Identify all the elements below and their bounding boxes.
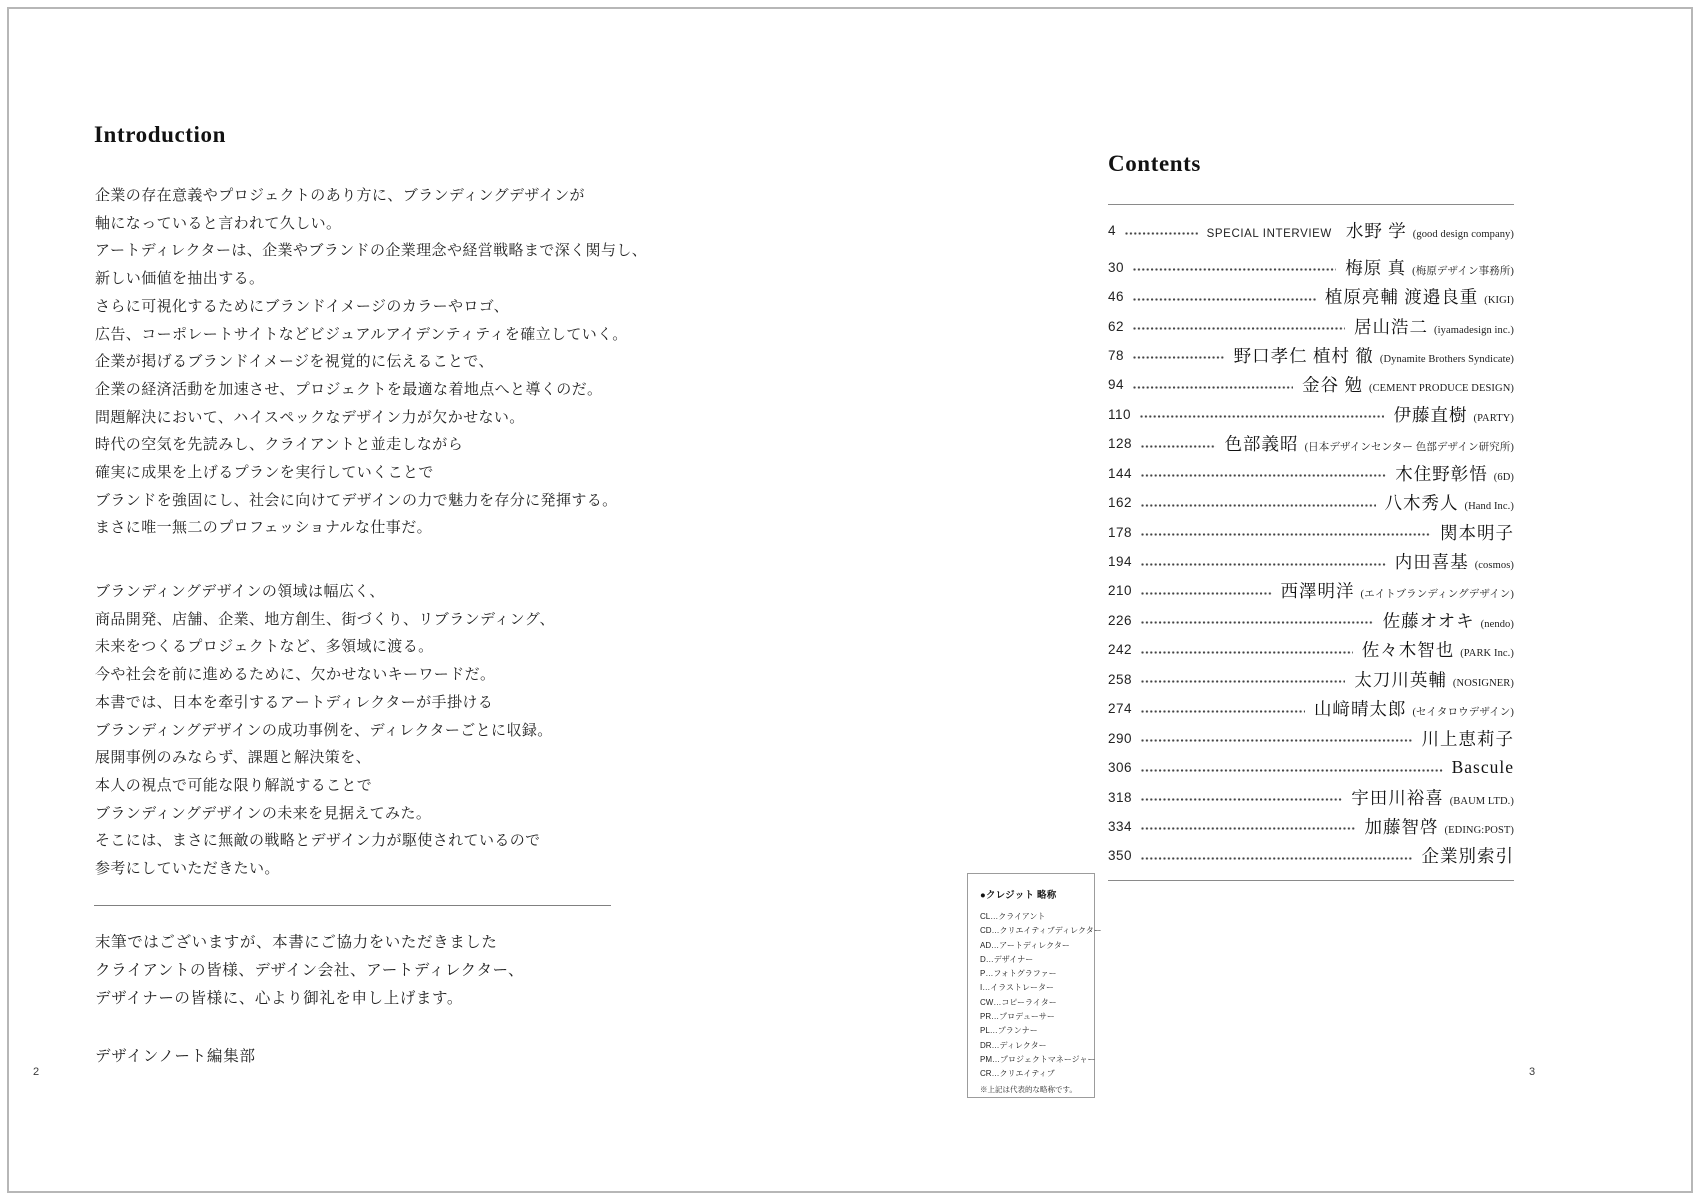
toc-entry-affiliation: (BAUM LTD.) [1450, 796, 1514, 807]
toc-entry-affiliation: (エイトブランディングデザイン) [1361, 589, 1515, 600]
text-line: CL…クライアント [980, 910, 1088, 924]
text-line: AD…アートディレクター [980, 939, 1088, 953]
toc-entry-affiliation: (CEMENT PRODUCE DESIGN) [1369, 383, 1514, 394]
text-line: アートディレクターは、企業やブランドの企業理念や経営戦略まで深く関与し、 [95, 237, 680, 265]
toc-entry-name: 梅原 真(梅原デザイン事務所) [1345, 255, 1514, 280]
toc-page-number: 144 [1108, 466, 1132, 481]
toc-entry-name: Bascule [1452, 757, 1514, 778]
toc-entry-name: 居山浩二(iyamadesign inc.) [1354, 314, 1514, 339]
toc-entry: 226佐藤オオキ(nendo) [1108, 606, 1514, 635]
toc-entry: 78野口孝仁 植村 徹(Dynamite Brothers Syndicate) [1108, 341, 1514, 370]
toc-entry-name: 加藤智啓(EDING:POST) [1365, 814, 1514, 839]
toc-page-number: 194 [1108, 554, 1132, 569]
text-line: 本人の視点で可能な限り解説することで [95, 772, 680, 800]
text-line: 新しい価値を抽出する。 [95, 265, 680, 293]
toc-entry-name: 佐藤オオキ(nendo) [1383, 608, 1514, 633]
toc-page-number: 162 [1108, 495, 1132, 510]
toc-page-number: 242 [1108, 642, 1132, 657]
text-line: クライアントの皆様、デザイン会社、アートディレクター、 [95, 957, 680, 985]
toc-entry: 144木住野彰悟(6D) [1108, 459, 1514, 488]
contents-title: Contents [1108, 151, 1201, 177]
text-line: デザイナーの皆様に、心より御礼を申し上げます。 [95, 985, 680, 1013]
toc-entry-person: 宇田川裕喜 [1351, 788, 1444, 808]
toc-entry-name: SPECIAL INTERVIEW水野 学(good design compan… [1207, 218, 1514, 243]
toc-entry-affiliation: (EDING:POST) [1445, 825, 1514, 836]
toc-entry-person: 居山浩二 [1354, 317, 1428, 337]
contents-bottom-rule [1108, 880, 1514, 881]
toc-entry: 210西澤明洋(エイトブランディングデザイン) [1108, 576, 1514, 605]
dot-leader [1125, 232, 1198, 235]
text-line: まさに唯一無二のプロフェッショナルな仕事だ。 [95, 514, 680, 542]
toc-entry-person: 山﨑晴太郎 [1314, 699, 1407, 719]
dot-leader [1133, 298, 1316, 301]
introduction-title: Introduction [94, 122, 226, 148]
toc-entry-name: 関本明子 [1440, 520, 1514, 545]
toc-page-number: 258 [1108, 672, 1132, 687]
text-line: 時代の空気を先読みし、クライアントと並走しながら [95, 431, 680, 459]
toc-entry-name: 佐々木智也(PARK Inc.) [1362, 637, 1514, 662]
text-line: PL…プランナー [980, 1024, 1088, 1038]
toc-entry-name: 企業別索引 [1422, 843, 1515, 868]
text-line: 未来をつくるプロジェクトなど、多領域に渡る。 [95, 633, 680, 661]
text-line: 末筆ではございますが、本書にご協力をいただきました [95, 929, 680, 957]
dot-leader [1141, 651, 1353, 654]
toc-entry-name: 植原亮輔 渡邉良重(KIGI) [1325, 284, 1514, 309]
dot-leader [1141, 592, 1271, 595]
book-spread: Introduction 企業の存在意義やプロジェクトのあり方に、ブランディング… [0, 0, 1700, 1200]
toc-entry-person: 加藤智啓 [1365, 817, 1439, 837]
toc-page-number: 350 [1108, 848, 1132, 863]
toc-entry-name: 西澤明洋(エイトブランディングデザイン) [1281, 578, 1515, 603]
toc-entry: 178関本明子 [1108, 517, 1514, 546]
toc-entry-name: 八木秀人(Hand Inc.) [1385, 490, 1515, 515]
dot-leader [1141, 739, 1412, 742]
toc-entry-person: 川上恵莉子 [1422, 729, 1515, 749]
text-line: ブランディングデザインの未来を見据えてみた。 [95, 800, 680, 828]
toc-entry-name: 内田喜基(cosmos) [1395, 549, 1514, 574]
toc-entry-affiliation: (PARK Inc.) [1460, 648, 1514, 659]
toc-entry-affiliation: (Hand Inc.) [1465, 501, 1515, 512]
toc-entry-name: 色部義昭(日本デザインセンター 色部デザイン研究所) [1225, 431, 1514, 456]
text-line: そこには、まさに無敵の戦略とデザイン力が駆使されているので [95, 827, 680, 855]
toc-entry-name: 川上恵莉子 [1422, 726, 1515, 751]
toc-entry-name: 太刀川英輔(NOSIGNER) [1354, 667, 1514, 692]
text-line: さらに可視化するためにブランドイメージのカラーやロゴ、 [95, 293, 680, 321]
text-line: DR…ディレクター [980, 1039, 1088, 1053]
text-line: 展開事例のみならず、課題と解決策を、 [95, 744, 680, 772]
dot-leader [1141, 621, 1374, 624]
toc-entry-affiliation: (KIGI) [1484, 295, 1514, 306]
text-line: CD…クリエイティブディレクター [980, 924, 1088, 938]
introduction-paragraph-2: ブランディングデザインの領域は幅広く、商品開発、店舗、企業、地方創生、街づくり、… [95, 578, 680, 883]
text-line: 広告、コーポレートサイトなどビジュアルアイデンティティを確立していく。 [95, 321, 680, 349]
text-line: I…イラストレーター [980, 981, 1088, 995]
toc-entry-name: 金谷 勉(CEMENT PRODUCE DESIGN) [1302, 372, 1514, 397]
toc-entry-person: 関本明子 [1440, 523, 1514, 543]
toc-entry-person: 水野 学 [1346, 221, 1407, 241]
toc-entry-affiliation: (Dynamite Brothers Syndicate) [1380, 354, 1514, 365]
toc-entry-name: 伊藤直樹(PARTY) [1393, 402, 1514, 427]
text-line: PM…プロジェクトマネージャー [980, 1053, 1088, 1067]
toc-entry-affiliation: (PARTY) [1473, 413, 1514, 424]
toc-entry: 30梅原 真(梅原デザイン事務所) [1108, 252, 1514, 281]
toc-entry-name: 野口孝仁 植村 徹(Dynamite Brothers Syndicate) [1234, 343, 1514, 368]
dot-leader [1141, 504, 1375, 507]
toc-page-number: 128 [1108, 436, 1132, 451]
contents-list: 4SPECIAL INTERVIEW水野 学(good design compa… [1108, 216, 1514, 871]
toc-entry: 128色部義昭(日本デザインセンター 色部デザイン研究所) [1108, 429, 1514, 458]
toc-page-number: 226 [1108, 613, 1132, 628]
text-line: 本書では、日本を牽引するアートディレクターが手掛ける [95, 689, 680, 717]
toc-page-number: 274 [1108, 701, 1132, 716]
toc-entry: 94金谷 勉(CEMENT PRODUCE DESIGN) [1108, 370, 1514, 399]
toc-entry: 290川上恵莉子 [1108, 723, 1514, 752]
toc-entry-name: 山﨑晴太郎(セイタロウデザイン) [1314, 696, 1514, 721]
text-line: 軸になっていると言われて久しい。 [95, 210, 680, 238]
dot-leader [1141, 680, 1345, 683]
toc-entry-person: 太刀川英輔 [1354, 670, 1447, 690]
toc-entry-prefix: SPECIAL INTERVIEW [1207, 228, 1332, 240]
dot-leader [1141, 563, 1386, 566]
toc-entry: 306Bascule [1108, 753, 1514, 782]
toc-page-number: 110 [1108, 407, 1131, 422]
dot-leader [1141, 769, 1443, 772]
toc-entry-affiliation: (cosmos) [1475, 560, 1514, 571]
text-line: 確実に成果を上げるプランを実行していくことで [95, 459, 680, 487]
toc-page-number: 62 [1108, 319, 1124, 334]
toc-entry: 62居山浩二(iyamadesign inc.) [1108, 311, 1514, 340]
text-line: ブランディングデザインの成功事例を、ディレクターごとに収録。 [95, 717, 680, 745]
toc-entry: 258太刀川英輔(NOSIGNER) [1108, 665, 1514, 694]
credits-box-title: ●クレジット 略称 [980, 887, 1088, 901]
toc-page-number: 30 [1108, 260, 1124, 275]
toc-entry: 4SPECIAL INTERVIEW水野 学(good design compa… [1108, 216, 1514, 245]
toc-entry-person: Bascule [1452, 757, 1514, 777]
toc-entry-person: 金谷 勉 [1302, 375, 1363, 395]
toc-entry-name: 木住野彰悟(6D) [1395, 461, 1514, 486]
toc-entry-person: 西澤明洋 [1281, 581, 1355, 601]
toc-entry-affiliation: (NOSIGNER) [1453, 678, 1514, 689]
text-line: 問題解決において、ハイスペックなデザイン力が欠かせない。 [95, 404, 680, 432]
toc-entry-person: 企業別索引 [1422, 846, 1515, 866]
toc-entry-person: 植原亮輔 渡邉良重 [1325, 287, 1478, 307]
text-line: PR…プロデューサー [980, 1010, 1088, 1024]
page-number-right: 3 [1529, 1066, 1535, 1078]
toc-entry: 194内田喜基(cosmos) [1108, 547, 1514, 576]
text-line: D…デザイナー [980, 953, 1088, 967]
dot-leader [1133, 386, 1293, 389]
credits-items: CL…クライアントCD…クリエイティブディレクターAD…アートディレクターD…デ… [980, 910, 1088, 1082]
text-line: 企業の存在意義やプロジェクトのあり方に、ブランディングデザインが [95, 182, 680, 210]
dot-leader [1141, 798, 1342, 801]
toc-entry-affiliation: (セイタロウデザイン) [1412, 707, 1514, 718]
introduction-paragraph-1: 企業の存在意義やプロジェクトのあり方に、ブランディングデザインが軸になっていると… [95, 182, 680, 542]
toc-entry: 110伊藤直樹(PARTY) [1108, 400, 1514, 429]
toc-entry-person: 梅原 真 [1345, 258, 1406, 278]
credits-footnote: ※上記は代表的な略称です。 [980, 1084, 1088, 1095]
text-line: 企業が掲げるブランドイメージを視覚的に伝えることで、 [95, 348, 680, 376]
divider-rule [94, 905, 611, 906]
credits-box: ●クレジット 略称 CL…クライアントCD…クリエイティブディレクターAD…アー… [967, 873, 1095, 1098]
toc-entry: 242佐々木智也(PARK Inc.) [1108, 635, 1514, 664]
text-line: P…フォトグラファー [980, 967, 1088, 981]
dot-leader [1133, 327, 1345, 330]
toc-page-number: 46 [1108, 289, 1124, 304]
toc-entry: 162八木秀人(Hand Inc.) [1108, 488, 1514, 517]
text-line: 今や社会を前に進めるために、欠かせないキーワードだ。 [95, 661, 680, 689]
dot-leader [1140, 415, 1384, 418]
closing-paragraph: 末筆ではございますが、本書にご協力をいただきましたクライアントの皆様、デザイン会… [95, 929, 680, 1013]
dot-leader [1141, 827, 1356, 830]
text-line: ブランドを強固にし、社会に向けてデザインの力で魅力を存分に発揮する。 [95, 487, 680, 515]
toc-entry: 318宇田川裕喜(BAUM LTD.) [1108, 782, 1514, 811]
toc-entry-affiliation: (日本デザインセンター 色部デザイン研究所) [1305, 442, 1514, 453]
toc-page-number: 306 [1108, 760, 1132, 775]
toc-entry-affiliation: (nendo) [1481, 619, 1514, 630]
toc-entry: 46植原亮輔 渡邉良重(KIGI) [1108, 282, 1514, 311]
toc-entry-affiliation: (iyamadesign inc.) [1434, 325, 1514, 336]
dot-leader [1141, 474, 1386, 477]
toc-entry-affiliation: (6D) [1494, 472, 1514, 483]
editorial-signature: デザインノート編集部 [95, 1044, 256, 1066]
dot-leader [1141, 857, 1412, 860]
toc-entry: 350企業別索引 [1108, 841, 1514, 870]
toc-entry-person: 色部義昭 [1225, 434, 1299, 454]
text-line: 商品開発、店舗、企業、地方創生、街づくり、リブランディング、 [95, 606, 680, 634]
page-number-left: 2 [33, 1066, 39, 1078]
toc-entry-person: 佐藤オオキ [1383, 611, 1475, 631]
toc-entry-affiliation: (梅原デザイン事務所) [1412, 266, 1514, 277]
contents-top-rule [1108, 204, 1514, 205]
toc-entry-person: 八木秀人 [1385, 493, 1459, 513]
toc-page-number: 78 [1108, 348, 1124, 363]
toc-entry-name: 宇田川裕喜(BAUM LTD.) [1351, 785, 1514, 810]
text-line: 参考にしていただきたい。 [95, 855, 680, 883]
toc-page-number: 318 [1108, 790, 1132, 805]
toc-entry-affiliation: (good design company) [1413, 229, 1514, 240]
toc-page-number: 178 [1108, 525, 1132, 540]
dot-leader [1141, 445, 1216, 448]
toc-page-number: 334 [1108, 819, 1132, 834]
toc-entry-person: 伊藤直樹 [1393, 405, 1467, 425]
toc-entry-person: 木住野彰悟 [1395, 464, 1488, 484]
text-line: CW…コピーライター [980, 996, 1088, 1010]
toc-page-number: 94 [1108, 377, 1124, 392]
dot-leader [1133, 356, 1225, 359]
toc-entry-person: 野口孝仁 植村 徹 [1234, 346, 1374, 366]
toc-page-number: 4 [1108, 223, 1116, 238]
text-line: CR…クリエイティブ [980, 1067, 1088, 1081]
dot-leader [1141, 710, 1305, 713]
text-line: 企業の経済活動を加速させ、プロジェクトを最適な着地点へと導くのだ。 [95, 376, 680, 404]
toc-entry-person: 内田喜基 [1395, 552, 1469, 572]
dot-leader [1133, 268, 1336, 271]
dot-leader [1141, 533, 1431, 536]
toc-entry: 334加藤智啓(EDING:POST) [1108, 812, 1514, 841]
toc-page-number: 210 [1108, 583, 1132, 598]
toc-page-number: 290 [1108, 731, 1132, 746]
toc-entry: 274山﨑晴太郎(セイタロウデザイン) [1108, 694, 1514, 723]
toc-entry-person: 佐々木智也 [1362, 640, 1455, 660]
text-line: ブランディングデザインの領域は幅広く、 [95, 578, 680, 606]
